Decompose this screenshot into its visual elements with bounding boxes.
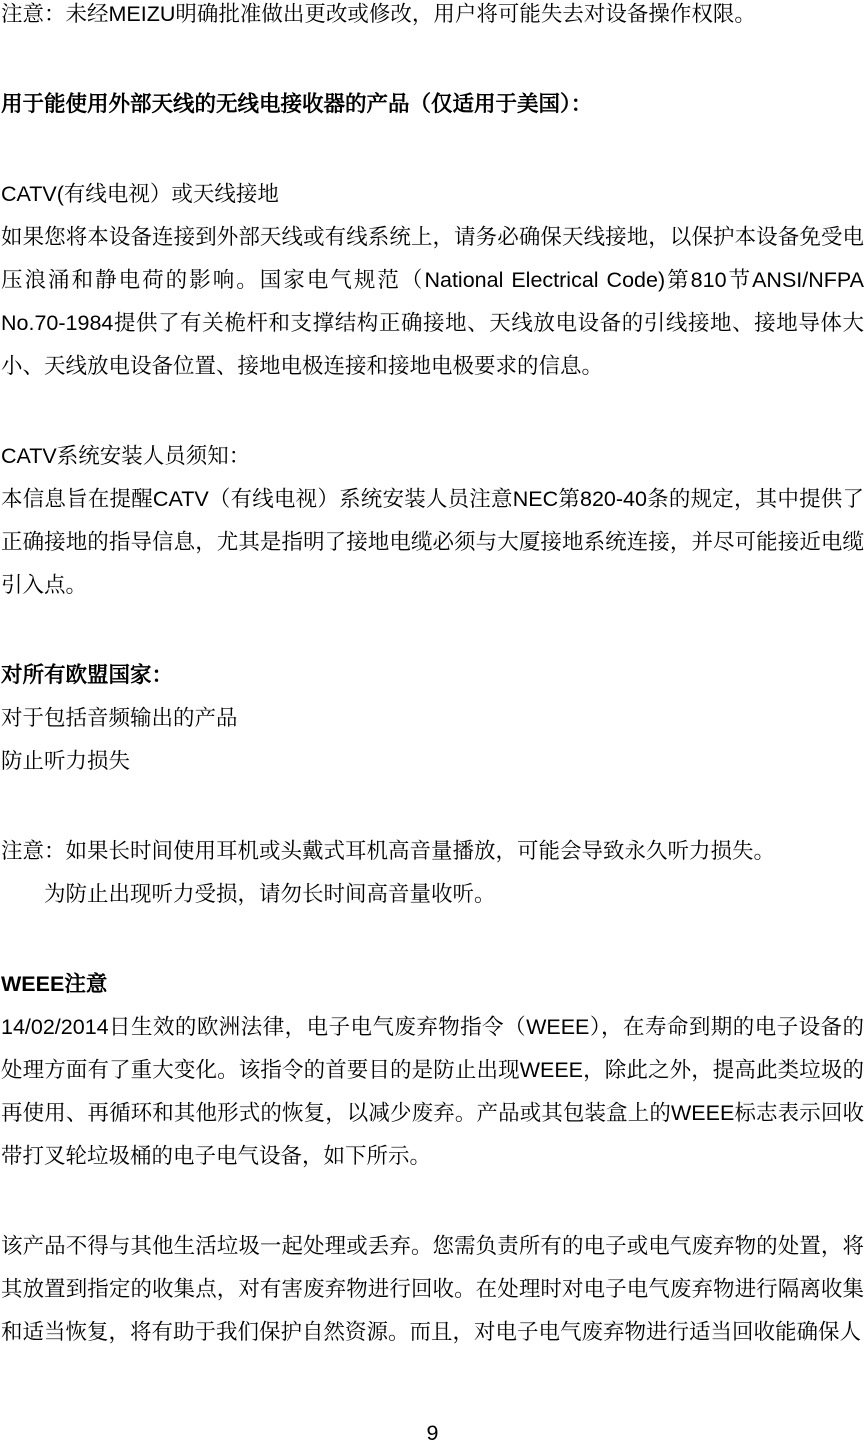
antenna-grounding-paragraph: 如果您将本设备连接到外部天线或有线系统上，请务必确保天线接地，以保护本设备免受电…: [1, 216, 864, 388]
fcc-modification-warning: 注意：未经MEIZU明确批准做出更改或修改，用户将可能失去对设备操作权限。: [1, 0, 864, 36]
catv-installer-notice-line: CATV系统安装人员须知：: [1, 435, 864, 478]
document-page: 注意：未经MEIZU明确批准做出更改或修改，用户将可能失去对设备操作权限。 用于…: [0, 0, 865, 1448]
headphone-volume-warning: 注意：如果长时间使用耳机或头戴式耳机高音量播放，可能会导致永久听力损失。: [1, 830, 864, 873]
heading-eu-countries: 对所有欧盟国家：: [1, 654, 864, 697]
heading-external-antenna-products: 用于能使用外部天线的无线电接收器的产品（仅适用于美国）：: [1, 83, 864, 126]
weee-directive-paragraph: 14/02/2014日生效的欧洲法律，电子电气废弃物指令（WEEE），在寿命到期…: [1, 1006, 864, 1178]
catv-installer-paragraph: 本信息旨在提醒CATV（有线电视）系统安装人员注意NEC第820-40条的规定，…: [1, 478, 864, 607]
heading-weee-notice: WEEE注意: [1, 963, 864, 1006]
document-text-content: 注意：未经MEIZU明确批准做出更改或修改，用户将可能失去对设备操作权限。 用于…: [0, 0, 865, 1354]
hearing-loss-prevention-line: 防止听力损失: [1, 740, 864, 783]
catv-antenna-grounding-title-line: CATV(有线电视）或天线接地: [1, 173, 864, 216]
headphone-volume-advice-indented: 为防止出现听力受损，请勿长时间高音量收听。: [1, 873, 864, 916]
disposal-responsibility-paragraph: 该产品不得与其他生活垃圾一起处理或丢弃。您需负责所有的电子或电气废弃物的处置，将…: [1, 1225, 864, 1354]
page-number: 9: [0, 1420, 865, 1446]
audio-output-products-line: 对于包括音频输出的产品: [1, 697, 864, 740]
